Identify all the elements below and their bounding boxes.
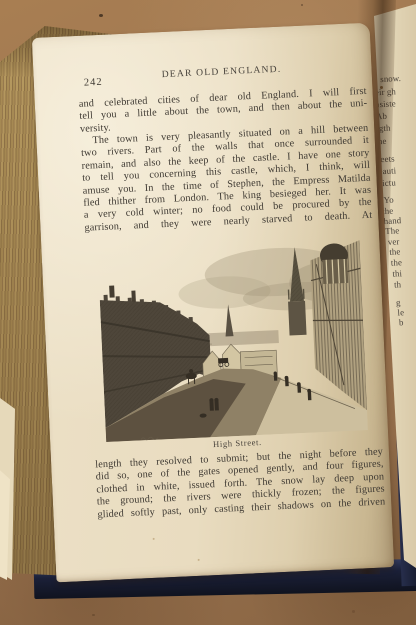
foxing-spot (198, 559, 200, 561)
text-fragment: b (399, 317, 404, 327)
paragraph-town-description: The town is very pleasantly situated on … (80, 123, 372, 235)
engraver-signature-mark (140, 435, 160, 442)
text-fragment: th (394, 279, 402, 289)
paragraph-continuation-bottom: length they resolved to submit; but the … (95, 446, 386, 521)
text-fragment: ver (388, 236, 400, 247)
running-head: DEAR OLD ENGLAND. (77, 60, 365, 84)
background-speck (92, 614, 95, 616)
text-fragment: thi (392, 268, 402, 278)
text-fragment: the (391, 257, 403, 268)
text-fragment: the (389, 246, 401, 257)
high-street-engraving (98, 238, 368, 442)
photo-of-open-book: snow. their gh consiste At Ab length The… (0, 0, 416, 625)
background-speck (352, 610, 355, 613)
book-page-242: 242 DEAR OLD ENGLAND. and celebrated cit… (32, 23, 394, 583)
background-speck (99, 14, 103, 17)
foxing-spot (153, 538, 155, 540)
background-speck (301, 4, 303, 6)
text-fragment: g (396, 297, 401, 307)
text-fragment: le (397, 307, 404, 317)
